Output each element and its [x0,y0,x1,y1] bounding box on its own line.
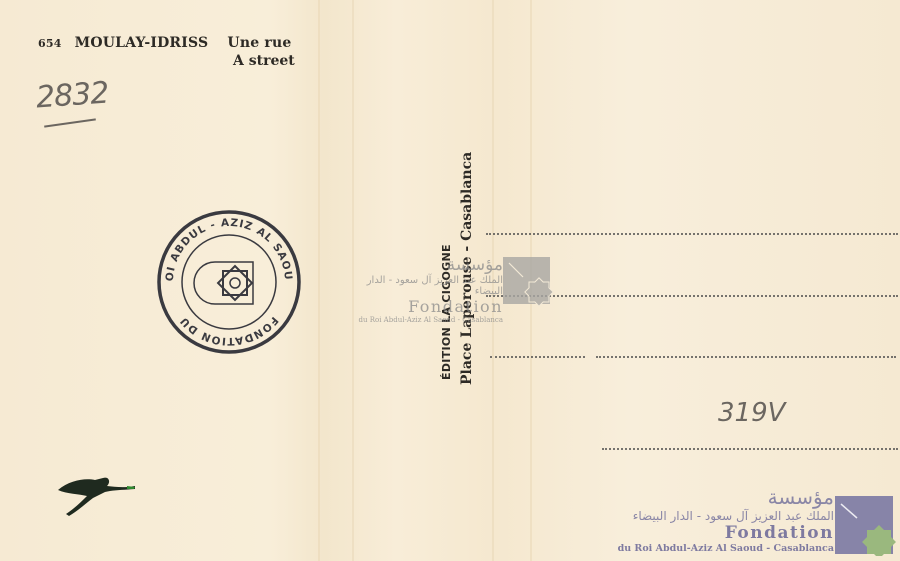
watermark-title: Fondation [338,297,503,316]
postcard-caption: 654 MOULAY-IDRISS Une rue [38,35,291,51]
watermark-arabic-title: مؤسسة [338,255,503,275]
address-line-3a [490,356,585,358]
card-number: 654 [38,37,62,50]
place-name: MOULAY-IDRISS [75,35,209,51]
paper-fold [318,0,320,561]
foundation-stamp: ROI ABDUL - AZIZ AL SAOUD FONDATION DU [155,208,303,356]
handwritten-number-top: 2832 [35,76,110,116]
address-line-4 [602,448,898,450]
stork-logo-icon [55,472,140,522]
watermark-title: Fondation [612,523,834,543]
address-line-1 [486,233,898,235]
handwritten-number-right: 319V [718,398,785,428]
foundation-logo-icon [835,494,897,556]
foundation-logo-center-icon [503,257,553,307]
watermark-arabic-subtitle: الملك عبد العزيز آل سعود - الدار البيضاء [338,275,503,297]
watermark-arabic-title: مؤسسة [612,485,834,509]
handwritten-underline [44,118,96,127]
caption-french: Une rue [227,35,291,51]
postcard-back: 654 MOULAY-IDRISS Une rue A street 2832 … [0,0,900,561]
caption-english: A street [233,53,295,69]
watermark-center: مؤسسة الملك عبد العزيز آل سعود - الدار ا… [338,255,503,324]
address-line-3b [596,356,896,358]
watermark-subtitle: du Roi Abdul-Aziz Al Saoud - Casablanca [338,316,503,324]
watermark-bottom-right: مؤسسة الملك عبد العزيز آل سعود - الدار ا… [612,485,834,554]
watermark-subtitle: du Roi Abdul-Aziz Al Saoud - Casablanca [612,543,834,554]
watermark-arabic-subtitle: الملك عبد العزيز آل سعود - الدار البيضاء [612,509,834,523]
octagram-emblem-icon [218,266,252,300]
